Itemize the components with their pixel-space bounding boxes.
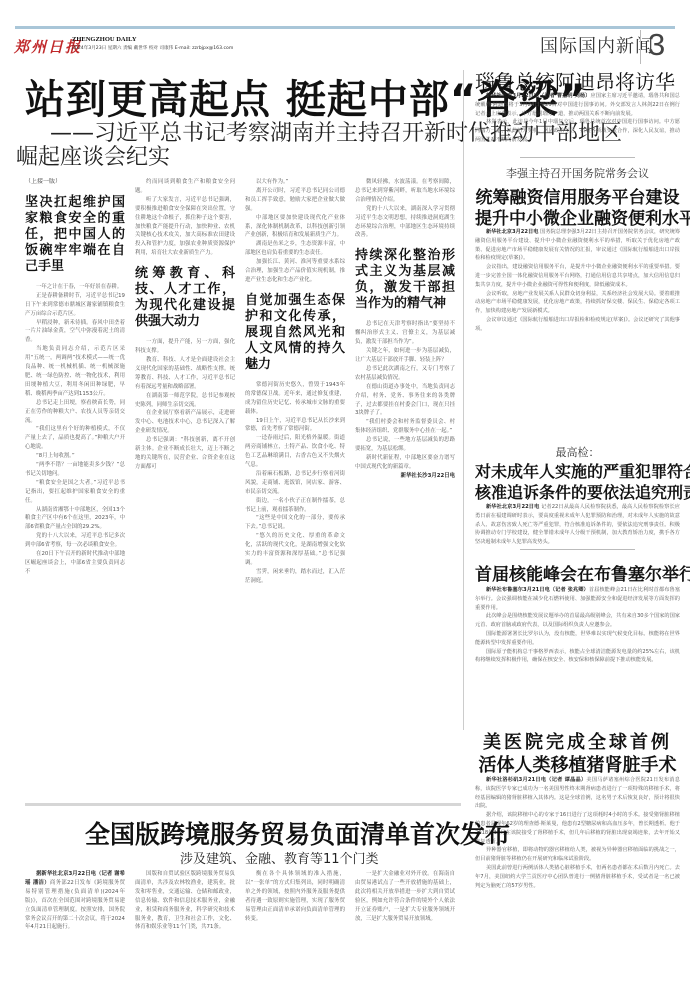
story4-dateline: 新华社布鲁塞尔3月21日电（记者 张兆卿）: [486, 587, 589, 593]
column-divider: [463, 70, 464, 730]
story-separator: [520, 157, 635, 158]
paragraph: 中部地区要加快建设现代化产业体系，深化体制机制改革，以科技创新引领产业创新，积极…: [245, 214, 345, 241]
newspaper-english-name: ZHENGZHOU DAILY: [72, 36, 137, 43]
paragraph: 在企业展厅察看新产品展示，走进研发中心、电池技术中心，总书记深入了解企业研发情况…: [135, 409, 235, 436]
paragraph: 新时代新征程，中部地区要奋力谱写中国式现代化的新篇章。: [355, 454, 455, 472]
paragraph: 街边，一名小伙子正在制作擂茶，总书记上前，观看擂茶制作。: [245, 497, 345, 515]
story5-headline-line2: 活体人类移植猪肾脏手术: [475, 751, 680, 777]
paragraph: 早稻浸种，新禾待插。春风中田垄着一片片油绿金黄，空气中弥漫着泥土的清香。: [25, 319, 125, 346]
lead-dateline: 新华社长沙3月22日电: [355, 472, 455, 481]
paragraph: 听了大家发言，习近平总书记强调，要积极推进粮食安全保障在突出位置，守住耕地这个命…: [135, 196, 235, 258]
paragraph: 一是扩大金融业对外开放。在海南自由贸易港试点了一些开放措施的基础上，此次将相关开…: [355, 870, 455, 923]
paragraph: 国际原子能机构总干事格罗西表示，核能占全球清洁能源发电量的约25%左右，该机构将…: [475, 648, 680, 666]
paragraph: 总书记说，一些地方基层减负的思路要拓宽，为基层松绑。: [355, 436, 455, 454]
lead-subhead-4: 自觉加强生态保护和文化传承，展现自然风光和人文风情的持久魅力: [245, 293, 345, 373]
paragraph: 此次峰会是围绕核能发展议题举办的首届最高级别峰会，共有来自30多个国家的国家元首…: [475, 612, 680, 630]
paragraph: 国际能源署署长比罗尔认为，没有核能，世界难以实现气候变化目标。核能将在世界能源转…: [475, 630, 680, 648]
paragraph: 一年之计在于春，一年好景在春耕。: [25, 283, 125, 292]
lead-subtitle-line2: 崛起座谈会纪实: [16, 140, 170, 171]
paragraph: “这些是中国文化的一部分，要传承下去。”总书记说。: [245, 514, 345, 532]
story1-headline: 瑙鲁总统阿迪昂将访华: [475, 66, 675, 95]
paragraph: “8月上旬收割。”: [25, 452, 125, 461]
paragraph: 在20日下午召开的新时代推动中部地区崛起座谈会上，中部6省主要负责同志不: [25, 550, 125, 577]
story-separator: [520, 549, 635, 550]
paragraph: 19日上午，习近平总书记从长沙来到常德，首先考察了常德河街。: [245, 417, 345, 435]
bottom-column-2: 国版和自贸试验区版跨境服务贸易负面清单，共涉及农林牧渔业，建筑业，批发和零售业，…: [135, 870, 235, 990]
paragraph: “粮食安全是国之大者。”习近平总书记指出，要扛起维护国家粮食安全的重任。: [25, 479, 125, 506]
paragraph: 记者22日从最高人民检察院获悉，最高人民检察院检察长应勇日前在福建调研时表示，要…: [475, 504, 680, 545]
paragraph: 总书记在天津考察时指出“要坚持不懈纠治形式主义、官僚主义，为基层减负，激发干部担…: [355, 320, 455, 347]
paragraph: 从湖南省湘鄂十中部地区，全国13个粮食主产区中有6个在这里，2023年，中部6省…: [25, 506, 125, 533]
paragraph: 加强长江、黄河、淮河等重要水系综合治理，加强生态产品价值实现机制，推进产业生态化…: [245, 258, 345, 285]
paragraph: 离开公司时，习近平总书记同公司德和员工挥手致意，勉励大家把企业做大做强。: [245, 187, 345, 214]
story1-dateline: 新华社北京3月22日电（记者 曹嘉玥 刘杨）: [486, 93, 590, 99]
story4-body: 新华社布鲁塞尔3月21日电（记者 张兆卿）首届核能峰会21日在比利时首都布鲁塞尔…: [475, 586, 680, 721]
story3-body: 新华社北京3月22日电 记者22日从最高人民检察院获悉，最高人民检察院检察长应勇…: [475, 503, 680, 549]
paragraph: 党的十八大以来，湖南深入学习贯彻习近平生态文明思想，持续推进洞庭湖生态环境综合治…: [355, 205, 455, 241]
paragraph: 总书记此次湖南之行，又专门考察了农村基层减负情况。: [355, 365, 455, 383]
lead-column-4: 微风轻拂，水波荡漾。在考察间隙，总书记来到穿紫河畔，听取当地水环境综合治理情况介…: [355, 178, 455, 793]
page-number: 3: [648, 27, 665, 63]
paragraph: “两季不错？一亩地能卖多少钱？”总书记关切地问。: [25, 461, 125, 479]
paragraph: 正是春耕备耕时节，习近平总书记19日下午来到常德市鼎城区谢家铺镇粮食生产万亩综合…: [25, 292, 125, 319]
paragraph: 商务部22日发布《跨境服务贸易特别管理措施(负面清单)(2024年版)》，首次在…: [25, 880, 125, 931]
section-title: 国际国内新闻: [540, 32, 654, 58]
paragraph: 约而同谈到粮食生产和粮食安全问题。: [135, 178, 235, 196]
lead-subhead-2: 统筹教育、科技、人才工作，为现代化建设提供强大动力: [135, 266, 235, 330]
lead-column-2: 约而同谈到粮食生产和粮食安全问题。 听了大家发言，习近平总书记强调，要积极推进粮…: [135, 178, 235, 793]
story2-body: 新华社北京3月22日电 国务院总理李强3月22日主持召开国务院常务会议，研究统筹…: [475, 228, 680, 440]
story1-body: 新华社北京3月22日电（记者 曹嘉玥 刘杨）应国家主席习近平邀请，瑙鲁共和国总统…: [475, 92, 680, 154]
paragraph: 关键之年，如何进一步为基层减负，让广大基层干部放开手脚、轻装上阵？: [355, 347, 455, 365]
paragraph: 雪霁，闲来垂钓，踏水而过，汇入茫茫洞庭。: [245, 568, 345, 586]
paragraph: 教育、科技、人才是全面建设社会主义现代化国家的基础性、战略性支撑。统筹教育、科技…: [135, 356, 235, 392]
story4-headline: 首届核能峰会在布鲁塞尔举行: [475, 560, 680, 585]
paragraph: 常德河街历史悠久，曾毁于1943年的常德保卫战。近年来，通过修复重建，成为留住历…: [245, 381, 345, 417]
paragraph: “悠久的历史文化、厚重的革命文化，活跃的现代文化，是湖南增强文化软实力的丰富资源…: [245, 532, 345, 568]
lead-subhead-1: 坚决扛起维护国家粮食安全的重任，把中国人的饭碗牢牢端在自己手里: [25, 195, 125, 275]
paragraph: “我们村委会和村务监督委员会、村集体经济组织、党群服务中心挂在一起。”: [355, 418, 455, 436]
bottom-subheadline: 涉及建筑、金融、教育等11个门类: [180, 848, 379, 867]
paragraph: 以大有作为。”: [245, 178, 345, 187]
story5-dateline: 新华社洛杉矶3月21日电（记者 谭晶晶）: [486, 777, 586, 783]
paragraph: 林剑表示，此访是今年1月中瑙复交后，瑙鲁总统首次对中国进行国事访问。中方愿同瑙方…: [475, 118, 680, 144]
masthead-rule: [15, 26, 675, 29]
paragraph: 湖南是鱼米之乡，生态资源丰富，中部地区也肩负着重要的生态责任。: [245, 240, 345, 258]
paragraph: 总书记强调：“科技创新，离不开创新主体。企业不断成长壮大，迈上不断之地的关键所在…: [135, 436, 235, 472]
issue-info: 2024年3月23日 星期六 责编 戴世华 校对 司康伟 E-mail: zzr…: [72, 45, 233, 51]
paragraph: 会议审议通过《国际航行船舶进出口岸报检和检疫规定(草案)》。会议还研究了其他事项…: [475, 316, 680, 334]
paragraph: 在德山街道办事处中，当地负责同志介绍，村务、党务、事务往来的各类牌子，过去都要挂…: [355, 383, 455, 419]
paragraph: 当地负责同志介绍，示范片区采用“五统一，两调两”技术模式——统一优良品种、统一机…: [25, 345, 125, 398]
paragraph: “我们这里有个好的种植模式，不仅产量上去了，品质也提高了。”种粮大户开心地说。: [25, 425, 125, 452]
section-divider: [640, 30, 641, 64]
lead-column-1: （上接一版） 坚决扛起维护国家粮食安全的重任，把中国人的饭碗牢牢端在自己手里 一…: [25, 178, 125, 793]
bottom-story-rule: [25, 803, 461, 806]
paragraph: 总书记走上田埂，察看秧苗长势，同正在劳作的种粮大户、农技人员等亲切交流。: [25, 399, 125, 426]
bottom-column-1: 据新华社北京3月22日电（记者 谢希瑶 潘洁）商务部22日发布《跨境服务贸易特别…: [25, 870, 125, 990]
story2-headline-line2: 提升中小微企业融资便利水平: [475, 204, 680, 229]
paragraph: 沿着麻石板路，总书记步行察看河街风貌，走商铺、逛饭馆，同店家、游客、市民亲切交流…: [245, 470, 345, 497]
paragraph: 国版和自贸试验区版跨境服务贸易负面清单，共涉及农林牧渔业，建筑业，批发和零售业，…: [135, 870, 235, 932]
paragraph: 衡在各个具体领域的准入措施，以“一张单”的方式归集列出，同时明确清单之外的领域，…: [245, 870, 345, 923]
paragraph: 一方面，提升产能，另一方面，强化科技支撑。: [135, 338, 235, 356]
continued-note: （上接一版）: [25, 178, 125, 187]
story2-dateline: 新华社北京3月22日电: [486, 229, 538, 235]
paragraph: 美国此前曾进行两例活体人类猪心脏移植手术，但两名患者都在术后数月内死亡。去年7月…: [475, 864, 680, 890]
paragraph: 一迳春雨过后，阳光格外温暖。街道两旁商铺林立，土特产品、饮食小吃、特色工艺品琳琅…: [245, 434, 345, 470]
lead-column-3: 以大有作为。” 离开公司时，习近平总书记同公司德和员工挥手致意，勉励大家把企业做…: [245, 178, 345, 793]
bottom-headline: 全国版跨境服务贸易负面清单首次发布: [85, 815, 510, 851]
story3-headline-line1: 对未成年人实施的严重犯罪符合: [475, 459, 680, 482]
bottom-column-4: 一是扩大金融业对外开放。在海南自由贸易港试点了一些开放措施的基础上，此次将相关开…: [355, 870, 455, 990]
bottom-column-3: 衡在各个具体领域的准入措施，以“一张单”的方式归集列出，同时明确清单之外的领域，…: [245, 870, 345, 990]
paragraph: 会议听取，房地产业发展关系人民群众切身利益，关系经济社会发展大局。要着眼推动房地…: [475, 290, 680, 316]
paragraph: 会议指出，建设融资信用服务平台，是提升中小微企业融资便利水平的重要举措。要进一步…: [475, 263, 680, 289]
paragraph: 党的十八大以来，习近平总书记多次到中部6省考察，每一次必谈粮食安全。: [25, 532, 125, 550]
story3-headline-line2: 核准追诉条件的要依法追究刑责: [475, 480, 680, 503]
lead-subhead-3: 持续深化整治形式主义为基层减负，激发干部担当作为的精气神: [355, 248, 455, 312]
story3-dateline: 新华社北京3月22日电: [486, 504, 539, 510]
story2-kicker: 李强主持召开国务院常务会议: [475, 165, 680, 181]
paragraph: 微风轻拂，水波荡漾。在考察间隙，总书记来到穿紫河畔，听取当地水环境综合治理情况介…: [355, 178, 455, 205]
story5-body: 新华社洛杉矶3月21日电（记者 谭晶晶）美国马萨诸塞州综合医院21日发布消息称，…: [475, 776, 680, 976]
story3-kicker: 最高检：: [475, 444, 680, 460]
paragraph: 在湖南第一师范学院，总书记参观校史陈列，同师生亲切交流。: [135, 392, 235, 410]
